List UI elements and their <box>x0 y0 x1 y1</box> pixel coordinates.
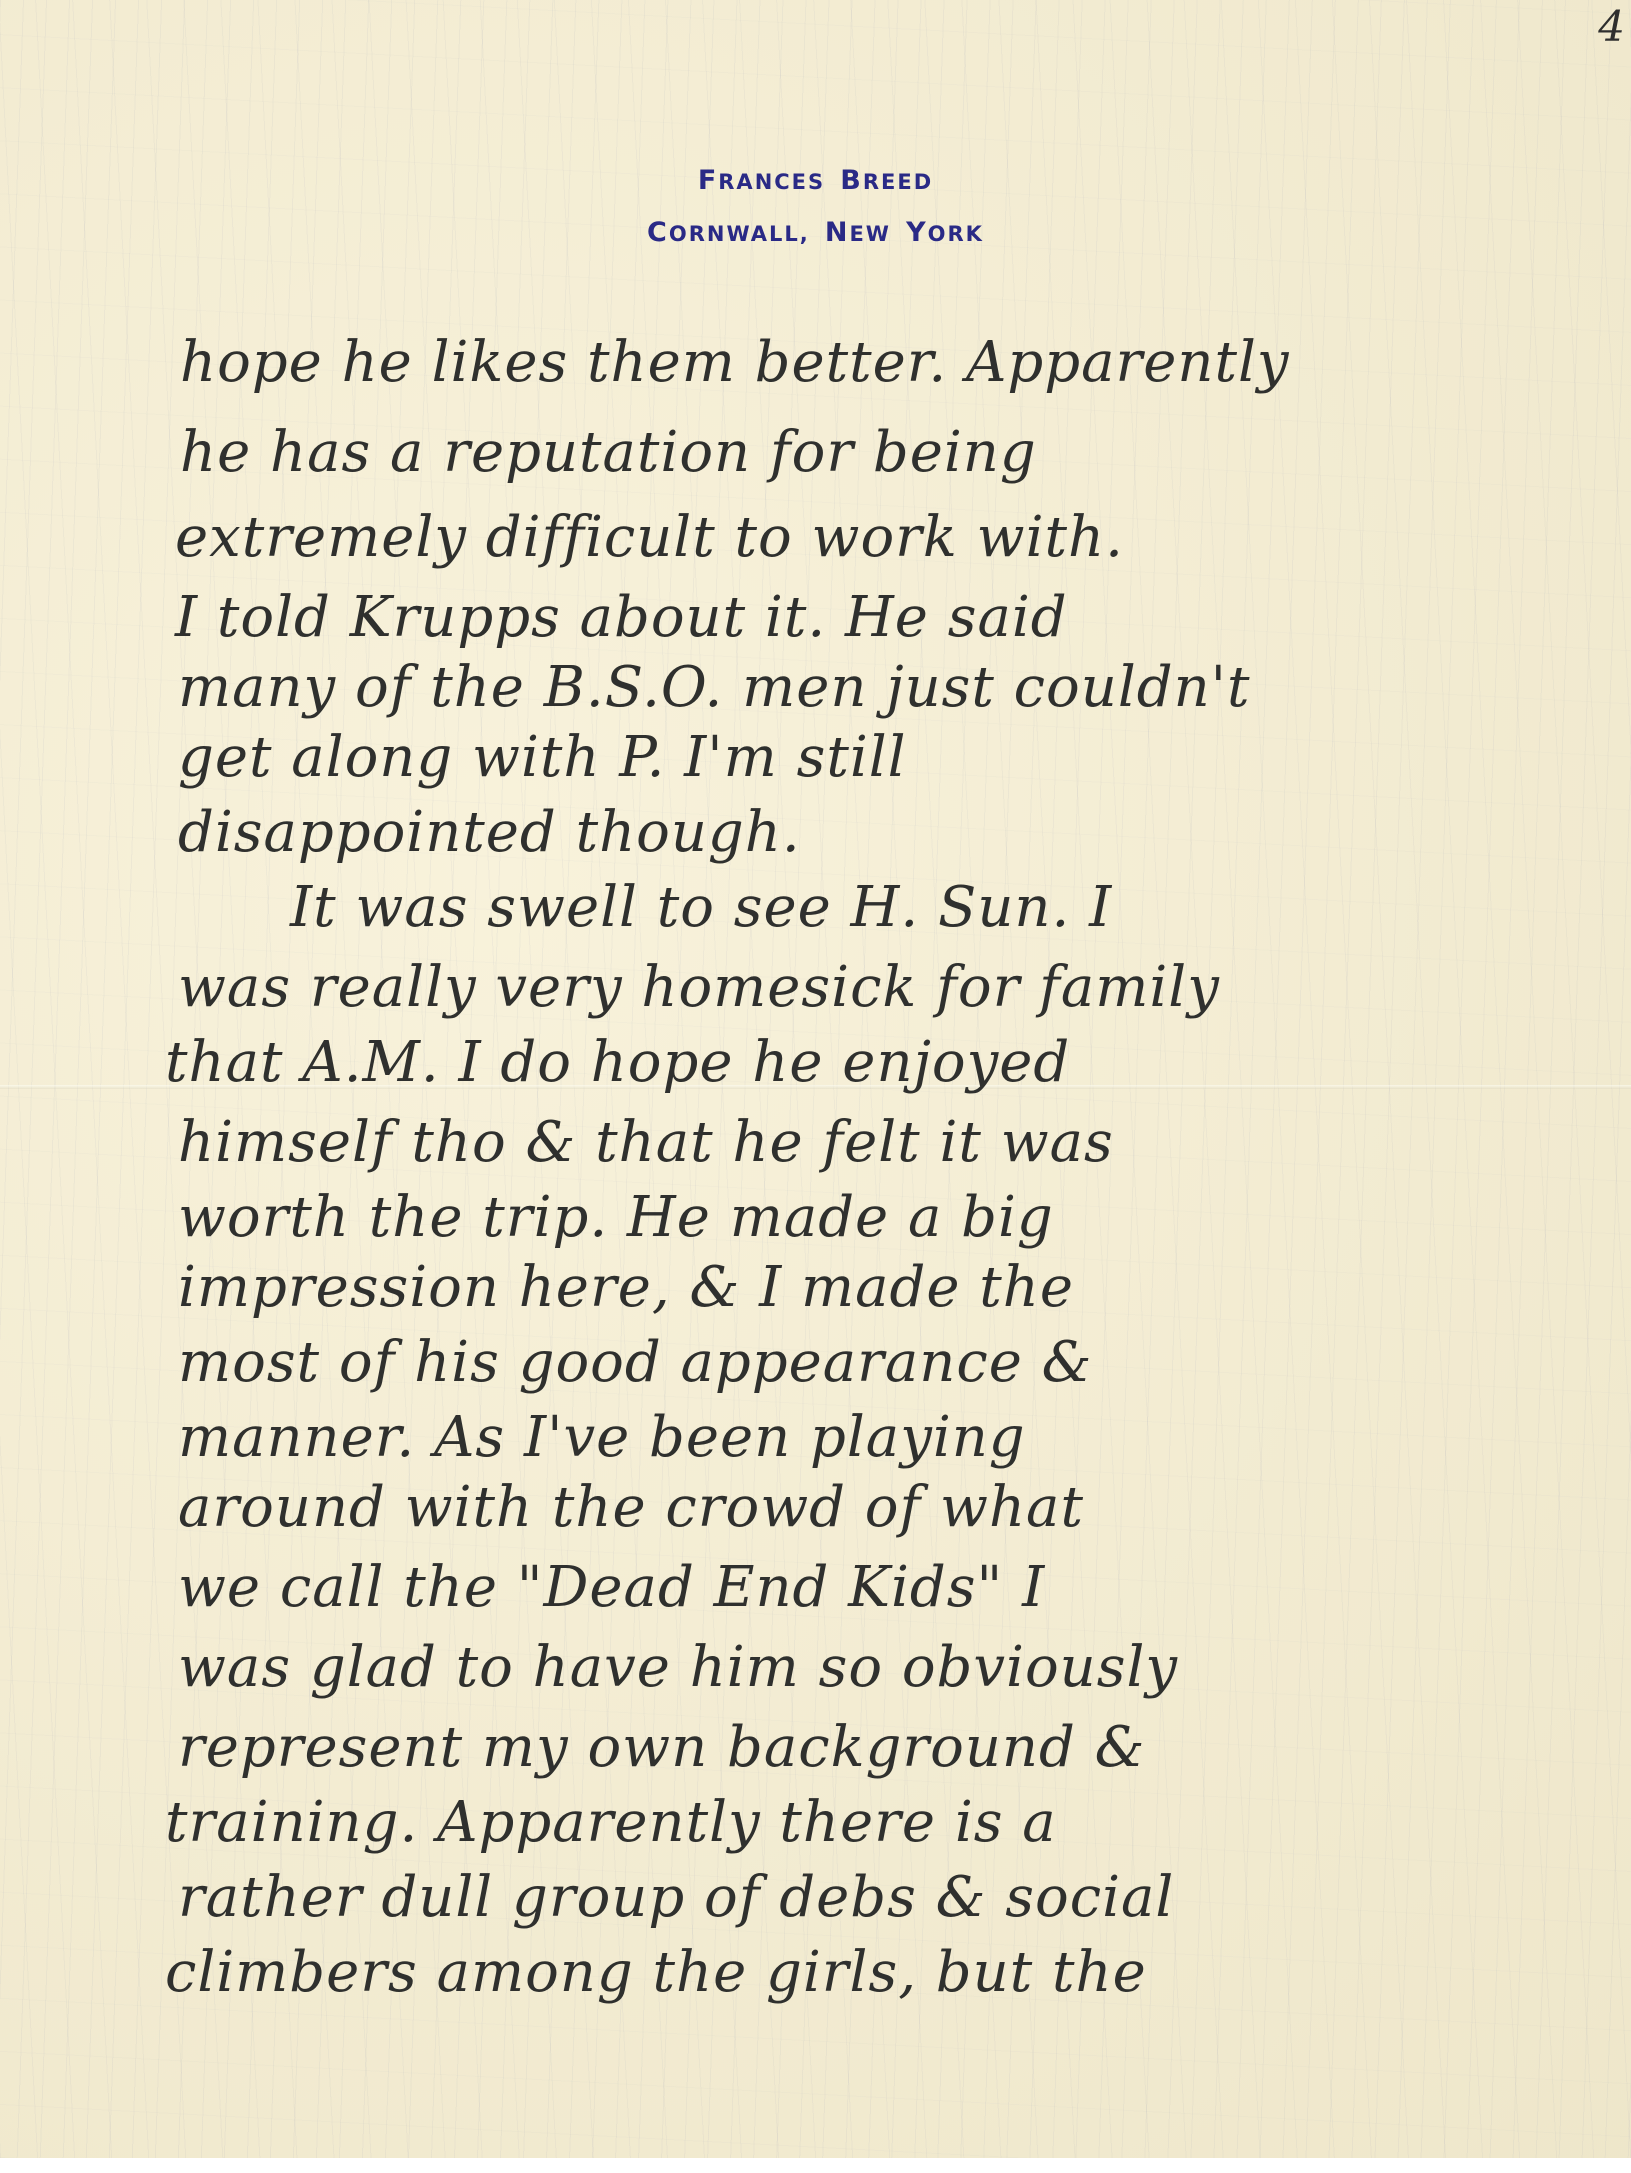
letter-line: most of his good appearance & <box>178 1335 1093 1391</box>
letter-line: was glad to have him so obviously <box>178 1640 1178 1696</box>
letter-line: manner. As I've been playing <box>178 1410 1026 1466</box>
letter-line: that A.M. I do hope he enjoyed <box>165 1035 1070 1091</box>
letter-line: himself tho & that he felt it was <box>178 1115 1114 1171</box>
letter-line: training. Apparently there is a <box>165 1795 1057 1851</box>
page-number: 4 <box>1598 2 1625 51</box>
letterhead-address: CORNWALL, NEW YORK <box>0 217 1631 248</box>
letter-line: around with the crowd of what <box>178 1480 1084 1536</box>
letter-line: hope he likes them better. Apparently <box>180 335 1290 391</box>
letter-line: disappointed though. <box>178 805 801 861</box>
letter-line: get along with P. I'm still <box>178 730 907 786</box>
letter-line: represent my own background & <box>178 1720 1145 1776</box>
letter-line: was really very homesick for family <box>178 960 1220 1016</box>
letter-line: It was swell to see H. Sun. I <box>290 880 1112 936</box>
letter-line: impression here, & I made the <box>178 1260 1074 1316</box>
letter-line: I told Krupps about it. He said <box>175 590 1068 646</box>
letter-line: extremely difficult to work with. <box>175 510 1124 566</box>
letter-line: he has a reputation for being <box>180 425 1037 481</box>
letter-line: worth the trip. He made a big <box>178 1190 1054 1246</box>
letter-line: we call the "Dead End Kids" I <box>178 1560 1045 1616</box>
letterhead-name: FRANCES BREED <box>0 165 1631 196</box>
letter-line: climbers among the girls, but the <box>165 1945 1147 2001</box>
letter-line: many of the B.S.O. men just couldn't <box>178 660 1251 716</box>
letter-line: rather dull group of debs & social <box>178 1870 1174 1926</box>
